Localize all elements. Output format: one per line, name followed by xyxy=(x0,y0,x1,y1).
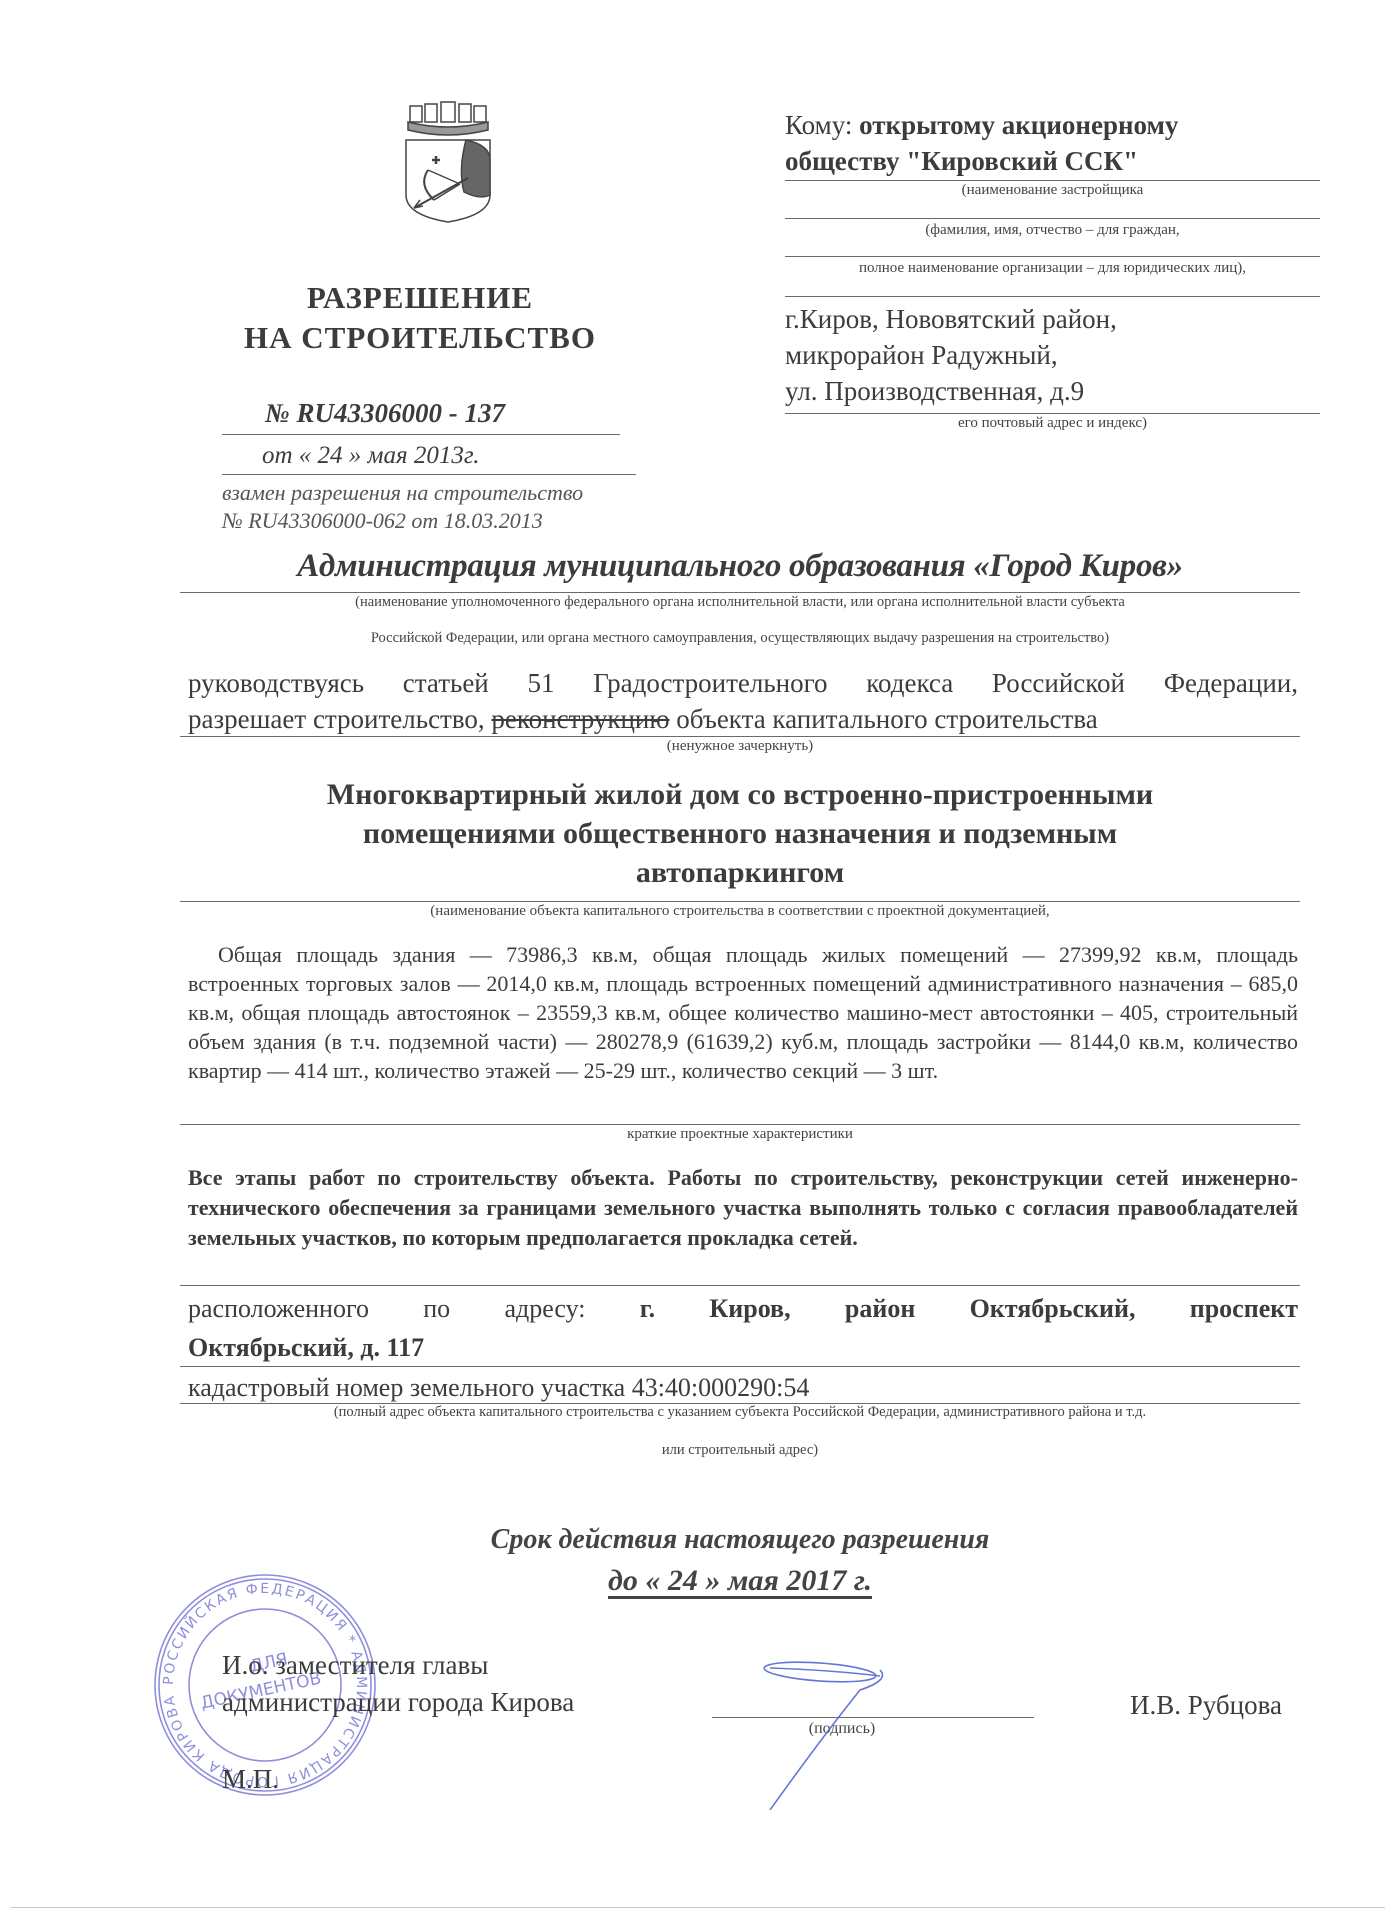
divider xyxy=(180,1285,1300,1286)
object-name-line-1: Многоквартирный жилой дом со встроенно-п… xyxy=(180,775,1300,814)
location-prefix: расположенного по адресу: xyxy=(188,1294,640,1323)
divider xyxy=(222,474,636,475)
object-name-line-2: помещениями общественного назначения и п… xyxy=(180,814,1300,853)
document-title: РАЗРЕШЕНИЕ НА СТРОИТЕЛЬСТВО xyxy=(200,278,640,358)
object-name: Многоквартирный жилой дом со встроенно-п… xyxy=(180,775,1300,892)
caption-authority-2: Российской Федерации, или органа местног… xyxy=(180,630,1300,647)
divider xyxy=(222,434,620,435)
work-stages: Все этапы работ по строительству объекта… xyxy=(188,1163,1298,1253)
divider xyxy=(785,218,1320,219)
caption-developer: (наименование застройщика xyxy=(785,182,1320,199)
recipient-name-line-2: обществу "Кировский ССК" xyxy=(785,146,1138,177)
divider xyxy=(180,901,1300,902)
page-edge xyxy=(10,1907,1385,1908)
validity-until: до « 24 » мая 2017 г. xyxy=(608,1564,872,1597)
signer-position-line-2: администрации города Кирова xyxy=(222,1687,574,1718)
title-line-2: НА СТРОИТЕЛЬСТВО xyxy=(200,318,640,358)
caption-characteristics: краткие проектные характеристики xyxy=(180,1126,1300,1143)
recipient-address-line-2: микрорайон Радужный, xyxy=(785,340,1058,371)
caption-strike-unneeded: (ненужное зачеркнуть) xyxy=(180,738,1300,755)
caption-location-2: или строительный адрес) xyxy=(180,1442,1300,1459)
caption-address: его почтовый адрес и индекс) xyxy=(785,415,1320,432)
location-address-line-2: Октябрьский, д. 117 xyxy=(188,1333,424,1363)
recipient-line-1: Кому: открытому акционерному xyxy=(785,110,1178,141)
cadastral-number: кадастровый номер земельного участка 43:… xyxy=(188,1373,809,1403)
divider xyxy=(180,1366,1300,1367)
permit-type-reconstruction-struck: реконструкцию xyxy=(491,704,669,734)
signer-name: И.В. Рубцова xyxy=(1130,1690,1282,1721)
legal-basis-line-1: руководствуясь статьей 51 Градостроитель… xyxy=(188,668,1298,699)
divider xyxy=(785,256,1320,257)
divider xyxy=(785,413,1320,414)
stamp-place-label: М.П. xyxy=(222,1764,279,1795)
recipient-label: Кому: xyxy=(785,110,859,140)
issuing-authority: Администрация муниципального образования… xyxy=(180,548,1300,585)
divider xyxy=(180,736,1300,737)
title-line-1: РАЗРЕШЕНИЕ xyxy=(200,278,640,318)
coat-of-arms-icon xyxy=(398,100,498,230)
location-address-line-1: г. Киров, район Октябрьский, проспект xyxy=(640,1294,1298,1323)
caption-location-1: (полный адрес объекта капитального строи… xyxy=(180,1404,1300,1421)
permit-type-construction: разрешает строительство, xyxy=(188,704,491,734)
recipient-address-line-3: ул. Производственная, д.9 xyxy=(785,376,1084,407)
legal-basis-line-2: разрешает строительство, реконструкцию о… xyxy=(188,704,1098,735)
divider xyxy=(180,1124,1300,1125)
signer-position-line-1: И.о. заместителя главы xyxy=(222,1650,488,1681)
caption-authority-1: (наименование уполномоченного федерально… xyxy=(180,594,1300,611)
replaces-note-line-1: взамен разрешения на строительство xyxy=(222,480,583,506)
caption-citizens: (фамилия, имя, отчество – для граждан, xyxy=(785,222,1320,239)
object-type: объекта капитального строительства xyxy=(670,704,1098,734)
object-location-line-1: расположенного по адресу: г. Киров, райо… xyxy=(188,1294,1298,1324)
permit-number: № RU43306000 - 137 xyxy=(265,398,505,429)
recipient-address-line-1: г.Киров, Нововятский район, xyxy=(785,304,1117,335)
caption-object-name: (наименование объекта капитального строи… xyxy=(180,903,1300,920)
divider xyxy=(785,296,1320,297)
object-name-line-3: автопаркингом xyxy=(180,853,1300,892)
caption-legal-entity: полное наименование организации – для юр… xyxy=(785,260,1320,277)
handwritten-signature-icon xyxy=(740,1650,980,1810)
replaces-note-line-2: № RU43306000-062 от 18.03.2013 xyxy=(222,508,543,534)
validity-label: Срок действия настоящего разрешения xyxy=(180,1524,1300,1556)
permit-date: от « 24 » мая 2013г. xyxy=(262,442,480,470)
project-characteristics: Общая площадь здания — 73986,3 кв.м, общ… xyxy=(188,940,1298,1085)
divider xyxy=(785,180,1320,181)
divider xyxy=(180,592,1300,593)
recipient-name-line-1: открытому акционерному xyxy=(859,110,1178,140)
